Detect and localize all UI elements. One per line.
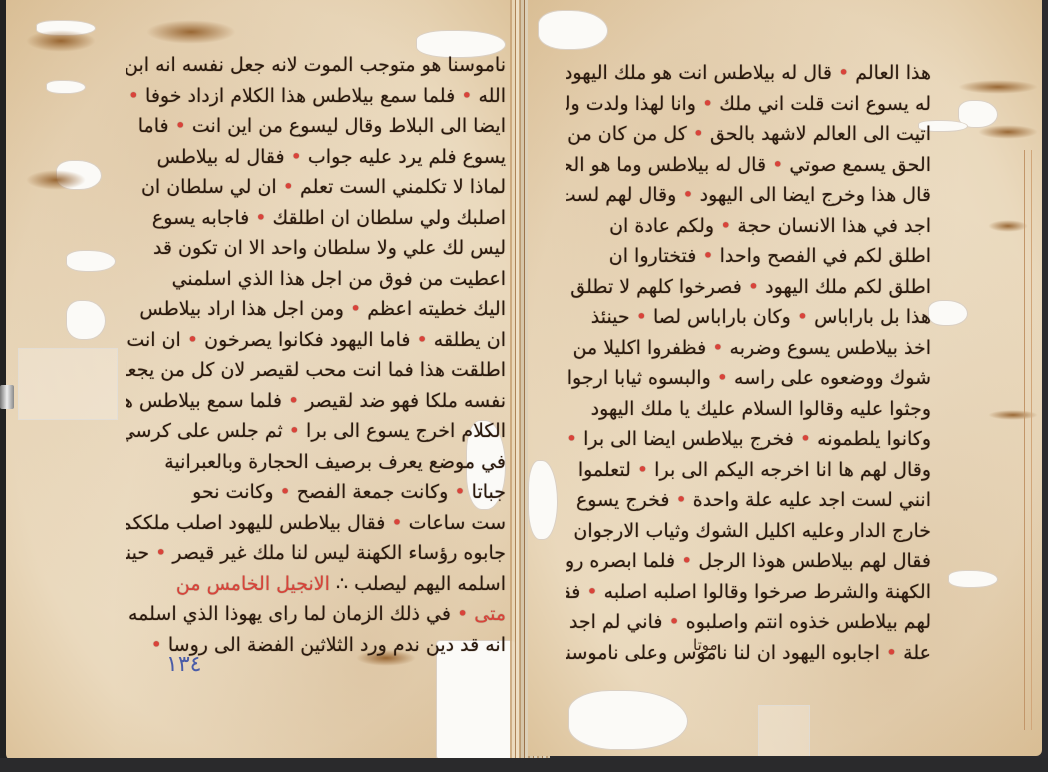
text-line: قال هذا وخرج ايضا الى اليهود • وقال لهم … xyxy=(566,180,931,211)
text-line: هذا العالم • قال له بيلاطس انت هو ملك ال… xyxy=(566,58,931,89)
verse-marker: • xyxy=(187,329,198,351)
verse-marker: • xyxy=(636,306,647,328)
manuscript-spread: ناموسنا هو متوجب الموت لانه جعل نفسه انه… xyxy=(0,0,1048,772)
verse-marker: • xyxy=(454,481,465,503)
stain xyxy=(26,170,86,190)
text-line: اطلقت هذا فما انت محب لقيصر لان كل من يج… xyxy=(126,355,506,386)
verse-marker: • xyxy=(681,550,692,572)
stain xyxy=(978,125,1038,139)
text-line: ليس لك علي ولا سلطان واحد الا ان تكون قد xyxy=(126,233,506,264)
text-line: جباتا • وكانت جمعة الفصح • وكانت نحو xyxy=(126,477,506,508)
text-line: خارج الدار وعليه اكليل الشوك وثياب الارج… xyxy=(566,516,931,547)
verse-marker: • xyxy=(586,581,597,603)
damage-hole xyxy=(928,300,968,326)
text-line: اطلق لكم ملك اليهود • فصرخوا كلهم لا تطل… xyxy=(566,272,931,303)
verse-marker: • xyxy=(886,642,897,664)
verse-marker: • xyxy=(283,176,294,198)
verse-marker: • xyxy=(682,184,693,206)
rubric-word: متى xyxy=(474,603,506,625)
damage-hole xyxy=(948,570,998,588)
verse-marker: • xyxy=(566,428,577,450)
catchword: موتا xyxy=(693,636,718,654)
verse-marker: • xyxy=(391,512,402,534)
text-line: ان يطلقه • فاما اليهود فكانوا يصرخون • ا… xyxy=(126,325,506,356)
verse-marker: • xyxy=(417,329,428,351)
verse-marker: • xyxy=(255,207,266,229)
text-line: شوك ووضعوه على راسه • والبسوه ثيابا ارجو… xyxy=(566,363,931,394)
verse-marker: • xyxy=(350,298,361,320)
verse-marker: • xyxy=(720,215,731,237)
metal-clip xyxy=(0,385,14,409)
text-line: ست ساعات • فقال بيلاطس لليهود اصلب ملككم… xyxy=(126,508,506,539)
background-edge xyxy=(0,758,1048,772)
verse-marker: • xyxy=(772,154,783,176)
repair-tape xyxy=(18,348,118,420)
page-edge xyxy=(1024,150,1032,730)
text-line: لماذا لا تكلمني الست تعلم • ان لي سلطان … xyxy=(126,172,506,203)
verse-marker: • xyxy=(676,489,687,511)
text-line: اعطيت من فوق من اجل هذا الذي اسلمني xyxy=(126,264,506,295)
right-folio: هذا العالم • قال له بيلاطس انت هو ملك ال… xyxy=(528,0,1042,756)
verse-marker: • xyxy=(702,245,713,267)
text-line: له يسوع انت قلت اني ملك • وانا لهذا ولدت… xyxy=(566,89,931,120)
text-line: هذا بل باراباس • وكان باراباس لصا • حينئ… xyxy=(566,302,931,333)
verse-marker: • xyxy=(461,85,472,107)
damage-hole xyxy=(528,460,558,540)
text-line: اطلق لكم في الفصح واحدا • فتختاروا ان xyxy=(566,241,931,272)
damage-hole xyxy=(46,80,86,94)
verse-marker: • xyxy=(175,115,186,137)
text-line: نفسه ملكا فهو ضد لقيصر • فلما سمع بيلاطس… xyxy=(126,386,506,417)
verse-marker: • xyxy=(797,306,808,328)
text-line: الكلام اخرج يسوع الى برا • ثم جلس على كر… xyxy=(126,416,506,447)
text-line: اليك خطيته اعظم • ومن اجل هذا اراد بيلاط… xyxy=(126,294,506,325)
text-line: ايضا الى البلاط وقال ليسوع من اين انت • … xyxy=(126,111,506,142)
text-line: الحق يسمع صوتي • قال له بيلاطس وما هو ال… xyxy=(566,150,931,181)
left-text-block: ناموسنا هو متوجب الموت لانه جعل نفسه انه… xyxy=(126,50,506,660)
damage-hole xyxy=(66,300,106,340)
text-line: اتيت الى العالم لاشهد بالحق • كل من كان … xyxy=(566,119,931,150)
stain xyxy=(146,20,236,44)
damage-hole xyxy=(568,690,688,750)
verse-marker: • xyxy=(155,542,166,564)
verse-marker: • xyxy=(748,276,759,298)
text-line: اجد في هذا الانسان حجة • ولكم عادة ان xyxy=(566,211,931,242)
text-line: لهم بيلاطس خذوه انتم واصلبوه • فاني لم ا… xyxy=(566,607,931,638)
verse-marker: • xyxy=(702,93,713,115)
verse-marker: • xyxy=(457,603,468,625)
verse-marker: • xyxy=(800,428,811,450)
right-text-block: هذا العالم • قال له بيلاطس انت هو ملك ال… xyxy=(566,58,931,668)
damage-hole xyxy=(538,10,608,50)
text-line: وجثوا عليه وقالوا السلام عليك يا ملك الي… xyxy=(566,394,931,425)
folio-number: ١٣٤ xyxy=(166,652,201,677)
text-line: علة • اجابوه اليهود ان لنا ناموس وعلى نا… xyxy=(566,638,931,669)
damage-hole xyxy=(66,250,116,272)
left-folio: ناموسنا هو متوجب الموت لانه جعل نفسه انه… xyxy=(6,0,520,760)
text-line: يسوع فلم يرد عليه جواب • فقال له بيلاطس xyxy=(126,142,506,173)
text-line: جابوه رؤساء الكهنة ليس لنا ملك غير قيصر … xyxy=(126,538,506,569)
text-line: اخذ بيلاطس يسوع وضربه • فظفروا اكليلا من xyxy=(566,333,931,364)
verse-marker: • xyxy=(280,481,291,503)
verse-marker: • xyxy=(128,85,139,107)
text-line: الكهنة والشرط صرخوا وقالوا اصلبه اصلبه •… xyxy=(566,577,931,608)
verse-marker: • xyxy=(838,62,849,84)
text-line: انني لست اجد عليه علة واحدة • فخرج يسوع xyxy=(566,485,931,516)
repair-tape xyxy=(758,705,810,756)
verse-marker: • xyxy=(712,337,723,359)
text-line: الله • فلما سمع بيلاطس هذا الكلام ازداد … xyxy=(126,81,506,112)
text-line: متى • في ذلك الزمان لما راى يهوذا الذي ا… xyxy=(126,599,506,630)
text-line: فقال لهم بيلاطس هوذا الرجل • فلما ابصره … xyxy=(566,546,931,577)
verse-marker: • xyxy=(291,146,302,168)
stain xyxy=(26,30,96,52)
text-line: وقال لهم ها انا اخرجه اليكم الى برا • لت… xyxy=(566,455,931,486)
rubricated-heading-line: اسلمه اليهم ليصلب ∴ الانجيل الخامس من xyxy=(126,569,506,600)
text-line: في موضع يعرف برصيف الحجارة وبالعبرانية xyxy=(126,447,506,478)
text-line: وكانوا يلطمونه • فخرج بيلاطس ايضا الى بر… xyxy=(566,424,931,455)
verse-marker: • xyxy=(288,390,299,412)
verse-marker: • xyxy=(151,634,162,656)
verse-marker: • xyxy=(717,367,728,389)
rubric-heading: الانجيل الخامس من xyxy=(176,573,330,595)
text-line: اصلبك ولي سلطان ان اطلقك • فاجابه يسوع xyxy=(126,203,506,234)
stain xyxy=(958,80,1038,94)
text-line: ناموسنا هو متوجب الموت لانه جعل نفسه انه… xyxy=(126,50,506,81)
stain xyxy=(988,220,1028,232)
verse-marker: • xyxy=(693,123,704,145)
verse-marker: • xyxy=(669,611,680,633)
verse-marker: • xyxy=(289,420,300,442)
verse-marker: • xyxy=(637,459,648,481)
